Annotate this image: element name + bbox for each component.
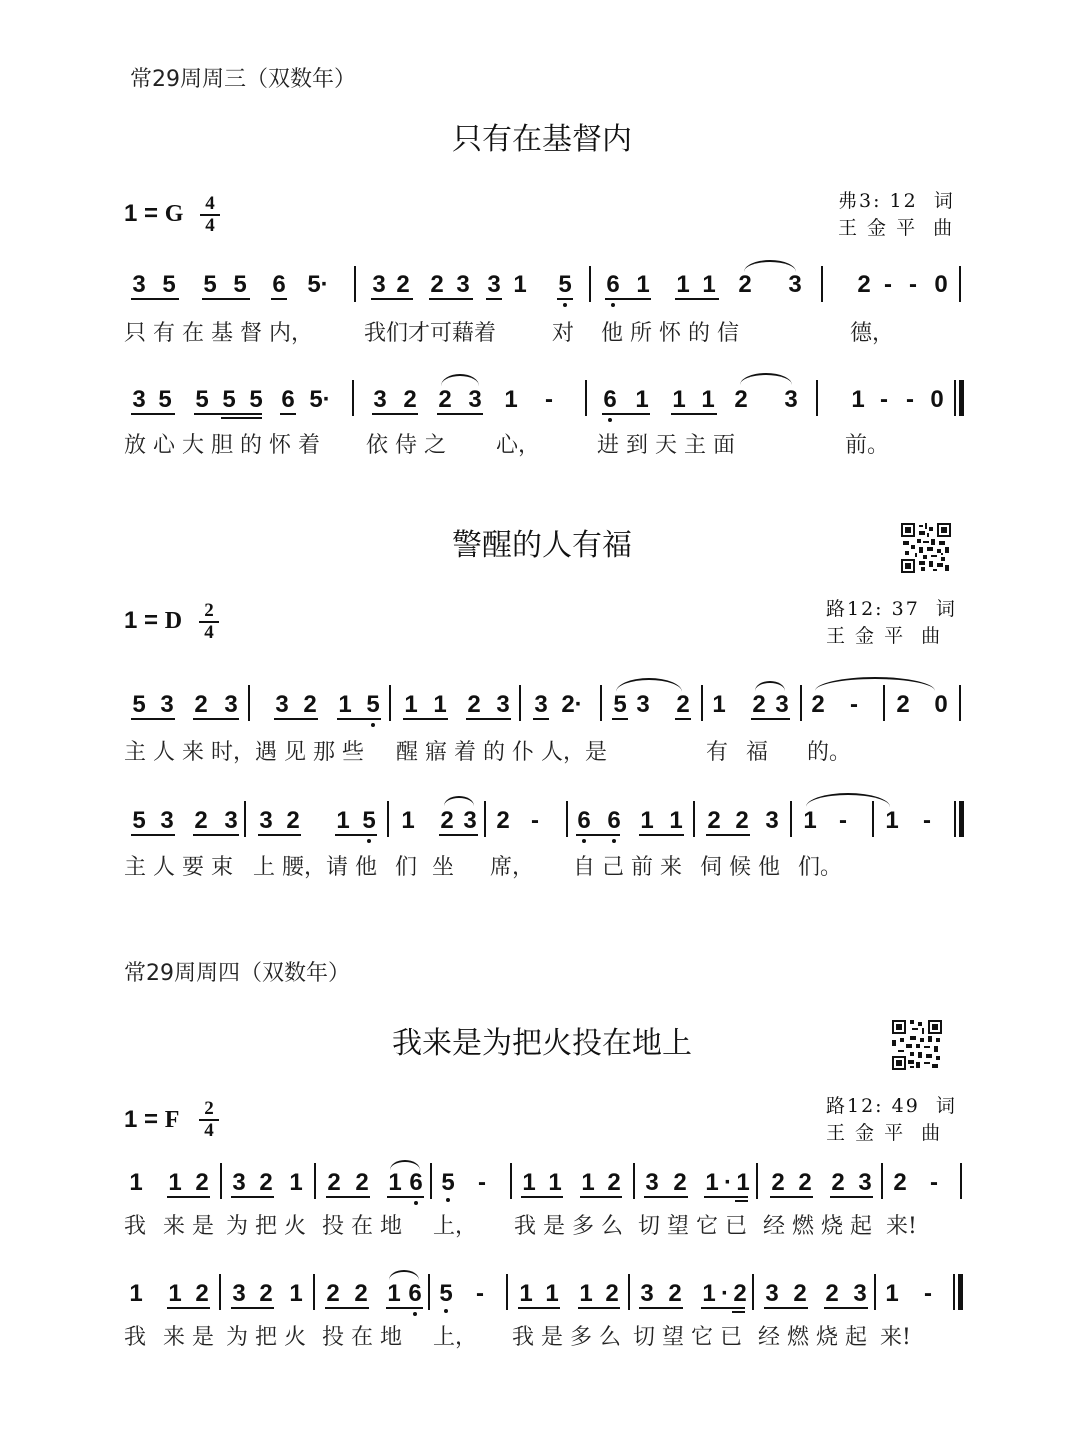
underline-beam: [271, 298, 287, 300]
barline: [756, 1163, 758, 1199]
lyricist-credit: 弗3: 12 词: [838, 186, 955, 213]
note: 1: [631, 272, 655, 298]
song-title: 警醒的人有福: [452, 520, 632, 564]
note: 2: [254, 1170, 278, 1196]
barline: [219, 1274, 221, 1310]
underline-beam: [194, 413, 262, 415]
slur-arc: [444, 796, 474, 806]
note: 1: [514, 1281, 538, 1307]
qr-code[interactable]: [892, 1020, 942, 1070]
note: 2: [728, 1281, 752, 1307]
barline: [248, 685, 250, 721]
barline: [874, 1274, 876, 1310]
octave-dot: [444, 1309, 448, 1313]
note: 5: [361, 692, 385, 718]
note: 2: [671, 692, 695, 718]
note: 5: [608, 692, 632, 718]
underline-beam: [824, 1307, 868, 1309]
note: 0: [925, 387, 949, 413]
slur-arc: [441, 374, 479, 386]
underline-beam: [280, 413, 296, 415]
underline-beam: [612, 718, 628, 720]
lyric-segment: 上，: [433, 1320, 477, 1351]
composer-credit: 王 金 平 曲: [826, 1118, 942, 1145]
note: 2: [391, 272, 415, 298]
underline-beam: [706, 834, 750, 836]
note: -: [468, 1281, 492, 1307]
note: 3: [219, 692, 243, 718]
note: 1: [664, 808, 688, 834]
lyric-segment: 进 到 天 主 面: [597, 428, 735, 459]
underline-beam: [221, 417, 262, 419]
note: -: [831, 808, 855, 834]
key-prefix: 1 =: [124, 607, 165, 634]
barline: [352, 380, 354, 416]
lyric-segment: 依 侍 之: [366, 428, 446, 459]
barline: [960, 1163, 962, 1199]
note: 6: [403, 1281, 427, 1307]
note: 3: [635, 1281, 659, 1307]
barline: [389, 685, 391, 721]
underline-beam: [518, 1307, 560, 1309]
underline-beam: [466, 718, 511, 720]
note: 3: [853, 1170, 877, 1196]
lyric-segment: 上，: [433, 1209, 477, 1240]
note: 3: [451, 272, 475, 298]
key-name: F: [165, 1107, 180, 1133]
barline: [354, 266, 356, 302]
note: 5·: [308, 387, 332, 413]
lyric-segment: 们: [395, 850, 417, 881]
key-signature: 1 = G: [124, 200, 183, 228]
underline-beam: [557, 298, 573, 300]
note: 5: [244, 387, 268, 413]
note: 2: [663, 1281, 687, 1307]
note: 3: [463, 387, 487, 413]
note: 3: [155, 692, 179, 718]
note: 3: [458, 808, 482, 834]
underline-beam: [131, 413, 175, 415]
song-title: 只有在基督内: [452, 114, 632, 158]
note: 2: [398, 387, 422, 413]
note: 1: [667, 387, 691, 413]
note: 6: [572, 808, 596, 834]
lyric-segment: 们。: [798, 850, 842, 881]
note: 2: [298, 692, 322, 718]
lyric-segment: 我: [124, 1209, 146, 1240]
note: 0: [929, 272, 953, 298]
note: 1: [508, 272, 532, 298]
key-name: G: [165, 201, 184, 227]
note: 2: [820, 1281, 844, 1307]
underline-beam: [337, 718, 381, 720]
octave-dot: [563, 303, 567, 307]
note: -: [537, 387, 561, 413]
note: 3: [227, 1170, 251, 1196]
slur-arc: [815, 677, 935, 691]
note: 6: [267, 272, 291, 298]
lyric-segment: 的。: [807, 735, 851, 766]
note: 2: [852, 272, 876, 298]
note: -: [901, 272, 925, 298]
note: 1: [697, 272, 721, 298]
note: 3: [760, 808, 784, 834]
note: 5: [228, 272, 252, 298]
underline-beam: [732, 1311, 745, 1313]
underline-beam: [639, 1307, 683, 1309]
slur-arc: [806, 793, 890, 807]
underline-beam: [770, 1196, 813, 1198]
slur-arc: [389, 1270, 419, 1280]
barline: [959, 685, 961, 721]
underline-beam: [326, 1196, 370, 1198]
note: 1: [333, 692, 357, 718]
note: 1: [517, 1170, 541, 1196]
note: 1: [543, 1170, 567, 1196]
note: 2: [491, 808, 515, 834]
underline-beam: [521, 1196, 563, 1198]
underline-beam: [639, 834, 684, 836]
note: 5: [127, 808, 151, 834]
note: 1: [124, 1170, 148, 1196]
note: 1: [630, 387, 654, 413]
underline-beam: [167, 1307, 210, 1309]
octave-dot: [611, 303, 615, 307]
lyric-segment: 经 燃 烧 起: [763, 1209, 872, 1240]
note: 1: [846, 387, 870, 413]
underline-beam: [735, 1200, 748, 1202]
lyric-segment: 来 是: [163, 1209, 214, 1240]
underline-beam: [439, 834, 478, 836]
barline: [954, 380, 956, 416]
note: 2: [350, 1170, 374, 1196]
note: 5: [157, 272, 181, 298]
underline-beam: [403, 718, 448, 720]
note: 3: [155, 808, 179, 834]
barline: [790, 801, 792, 837]
barline: [959, 266, 961, 302]
note: 1: [428, 692, 452, 718]
note: 1: [696, 387, 720, 413]
underline-beam: [751, 718, 790, 720]
note: 3: [529, 692, 553, 718]
barline: [821, 266, 823, 302]
composer-credit: 王 金 平 曲: [826, 621, 942, 648]
underline-beam: [830, 1196, 873, 1198]
octave-dot: [582, 839, 586, 843]
note: 2: [433, 387, 457, 413]
note: -: [915, 808, 939, 834]
underline-beam: [486, 298, 502, 300]
octave-dot: [608, 418, 612, 422]
octave-dot: [446, 1198, 450, 1202]
final-barline: [959, 380, 964, 416]
underline-beam: [605, 298, 651, 300]
note: 2: [733, 272, 757, 298]
note: 1: [574, 1281, 598, 1307]
note: 6: [601, 272, 625, 298]
barline: [628, 1274, 630, 1310]
note: 2: [281, 808, 305, 834]
lyric-segment: 福: [746, 735, 768, 766]
note: 1: [284, 1170, 308, 1196]
note: 2: [793, 1170, 817, 1196]
barline: [589, 266, 591, 302]
final-barline: [958, 1274, 963, 1310]
underline-beam: [764, 1307, 808, 1309]
note: 2: [190, 1170, 214, 1196]
note: 1: [731, 1170, 755, 1196]
note: 6: [404, 1170, 428, 1196]
lyricist-credit: 路12: 49 词: [826, 1091, 957, 1118]
time-top: 4: [200, 195, 220, 213]
note: 1: [880, 808, 904, 834]
qr-code[interactable]: [901, 523, 951, 573]
qr-code-icon: [892, 1020, 942, 1070]
note: 2: [425, 272, 449, 298]
underline-beam: [202, 298, 250, 300]
note: 3: [631, 692, 655, 718]
note: -: [898, 387, 922, 413]
underline-beam: [602, 413, 650, 415]
note: 2: [462, 692, 486, 718]
time-top: 2: [199, 1100, 219, 1118]
underline-beam: [429, 298, 473, 300]
note: -: [470, 1170, 494, 1196]
underline-beam: [131, 834, 175, 836]
barline: [701, 685, 703, 721]
note: 2: [729, 387, 753, 413]
note: 2: [891, 692, 915, 718]
note: 1: [331, 808, 355, 834]
note: 2: [602, 1170, 626, 1196]
time-signature: 24: [199, 1100, 219, 1140]
note: 3: [270, 692, 294, 718]
note: 3: [779, 387, 803, 413]
lyric-segment: 坐: [432, 850, 454, 881]
note: 2: [189, 808, 213, 834]
barline: [428, 1274, 430, 1310]
note: 3: [770, 692, 794, 718]
underline-beam: [231, 1307, 274, 1309]
lyric-segment: 经 燃 烧 起: [758, 1320, 867, 1351]
note: 5: [436, 1170, 460, 1196]
lyric-segment: 来!: [880, 1320, 911, 1351]
note: 2: [322, 1170, 346, 1196]
note: 1: [284, 1281, 308, 1307]
lyric-segment: 为 把 火: [226, 1209, 306, 1240]
note: 2: [254, 1281, 278, 1307]
time-top: 2: [199, 602, 219, 620]
lyric-segment: 德，: [850, 316, 894, 347]
note: 3: [848, 1281, 872, 1307]
note: 1: [635, 808, 659, 834]
lyric-segment: 上 腰，请 他: [253, 850, 377, 881]
barline: [430, 1163, 432, 1199]
note: 3: [760, 1281, 784, 1307]
slur-arc: [390, 1160, 420, 1170]
note: 1: [124, 1281, 148, 1307]
note: 1: [396, 808, 420, 834]
note: -: [876, 272, 900, 298]
note: 2: [888, 1170, 912, 1196]
barline: [752, 1274, 754, 1310]
barline: [484, 801, 486, 837]
note: 1: [399, 692, 423, 718]
note: 1: [671, 272, 695, 298]
note: 6: [598, 387, 622, 413]
lyric-segment: 为 把 火: [226, 1320, 306, 1351]
note: 3: [491, 692, 515, 718]
note: -: [523, 808, 547, 834]
lyric-segment: 投 在 地: [322, 1209, 402, 1240]
barline: [883, 685, 885, 721]
note: 2: [788, 1281, 812, 1307]
slur-arc: [755, 681, 785, 691]
note: 2: [600, 1281, 624, 1307]
underline-beam: [325, 1307, 369, 1309]
barline: [585, 380, 587, 416]
octave-dot: [371, 723, 375, 727]
barline: [506, 1274, 508, 1310]
lyric-segment: 投 在 地: [322, 1320, 402, 1351]
underline-beam: [704, 1196, 748, 1198]
note: 3: [127, 272, 151, 298]
note: 3: [227, 1281, 251, 1307]
lyric-segment: 来 是: [163, 1320, 214, 1351]
slur-arc: [616, 678, 682, 692]
lyric-segment: 自 己 前 来: [573, 850, 682, 881]
note: 3: [482, 272, 506, 298]
note: 5: [434, 1281, 458, 1307]
lyric-segment: 主 人 来 时，遇 见 那 些: [124, 735, 364, 766]
lyric-segment: 前。: [845, 428, 889, 459]
lyricist-credit: 路12: 37 词: [826, 594, 957, 621]
note: 5: [153, 387, 177, 413]
barline: [881, 1163, 883, 1199]
note: 1: [163, 1281, 187, 1307]
lyric-segment: 席，: [490, 850, 534, 881]
note: 2: [806, 692, 830, 718]
barline: [313, 1274, 315, 1310]
underline-beam: [437, 413, 483, 415]
note: 5: [357, 808, 381, 834]
key-prefix: 1 =: [124, 200, 165, 227]
time-bottom: 4: [200, 217, 220, 235]
underline-beam: [258, 834, 301, 836]
lyric-segment: 切 望 它 已: [638, 1209, 747, 1240]
note: 1: [540, 1281, 564, 1307]
note: 1: [163, 1170, 187, 1196]
time-bottom: 4: [199, 624, 219, 642]
underline-beam: [580, 1196, 622, 1198]
lyric-segment: 我们才可藉着: [364, 316, 496, 347]
note: 2·: [560, 692, 584, 718]
lyric-segment: 有: [706, 735, 728, 766]
note: 3: [367, 272, 391, 298]
underline-beam: [193, 718, 239, 720]
lyric-segment: 对: [552, 316, 574, 347]
note: 1: [576, 1170, 600, 1196]
note: 6: [276, 387, 300, 413]
barline: [387, 801, 389, 837]
composer-credit: 王 金 平 曲: [838, 213, 954, 240]
note: 3: [254, 808, 278, 834]
key-signature: 1 = F: [124, 1106, 179, 1134]
underline-beam: [372, 413, 418, 415]
underline-beam: [167, 1196, 210, 1198]
underline-beam: [371, 298, 413, 300]
underline-beam: [386, 1307, 423, 1309]
note: -: [872, 387, 896, 413]
note: 1: [880, 1281, 904, 1307]
underline-beam: [701, 1307, 745, 1309]
note: 1: [499, 387, 523, 413]
underline-beam: [675, 298, 719, 300]
underline-beam: [576, 834, 620, 836]
key-name: D: [165, 608, 182, 634]
barline: [816, 380, 818, 416]
lyric-segment: 主 人 要 束: [124, 850, 233, 881]
barline: [800, 685, 802, 721]
barline: [633, 1163, 635, 1199]
note: 5: [190, 387, 214, 413]
note: 2: [435, 808, 459, 834]
underline-beam: [644, 1196, 688, 1198]
note: -: [922, 1170, 946, 1196]
barline: [693, 801, 695, 837]
note: 3: [640, 1170, 664, 1196]
barline: [953, 1274, 955, 1310]
lyric-segment: 放 心 大 胆 的 怀 着: [124, 428, 320, 459]
underline-beam: [387, 1196, 424, 1198]
week-label: 常29周周三（双数年）: [130, 62, 356, 93]
note: 2: [826, 1170, 850, 1196]
underline-beam: [131, 298, 179, 300]
note: 0: [929, 692, 953, 718]
lyric-segment: 我: [124, 1320, 146, 1351]
note: 2: [189, 692, 213, 718]
underline-beam: [335, 834, 377, 836]
note: 2: [702, 808, 726, 834]
note: 2: [349, 1281, 373, 1307]
note: 5: [217, 387, 241, 413]
note: 1: [707, 692, 731, 718]
lyric-segment: 他 所 怀 的 信: [601, 316, 739, 347]
octave-dot: [413, 1312, 417, 1316]
lyric-segment: 我 是 多 么: [514, 1209, 623, 1240]
lyric-segment: 我 是 多 么: [512, 1320, 621, 1351]
note: -: [916, 1281, 940, 1307]
week-label: 常29周周四（双数年）: [124, 956, 350, 987]
note: 2: [190, 1281, 214, 1307]
note: 5: [127, 692, 151, 718]
barline: [954, 801, 956, 837]
underline-beam: [231, 1196, 274, 1198]
key-signature: 1 = D: [124, 607, 182, 635]
note: 5·: [306, 272, 330, 298]
barline: [314, 1163, 316, 1199]
note: 5: [198, 272, 222, 298]
song-title: 我来是为把火投在地上: [392, 1018, 692, 1062]
lyric-segment: 切 望 它 已: [633, 1320, 742, 1351]
note: 3: [219, 808, 243, 834]
note: 2: [321, 1281, 345, 1307]
lyric-segment: 醒 寤 着 的 仆 人，是: [396, 735, 607, 766]
octave-dot: [367, 839, 371, 843]
slur-arc: [740, 373, 792, 385]
underline-beam: [671, 413, 717, 415]
